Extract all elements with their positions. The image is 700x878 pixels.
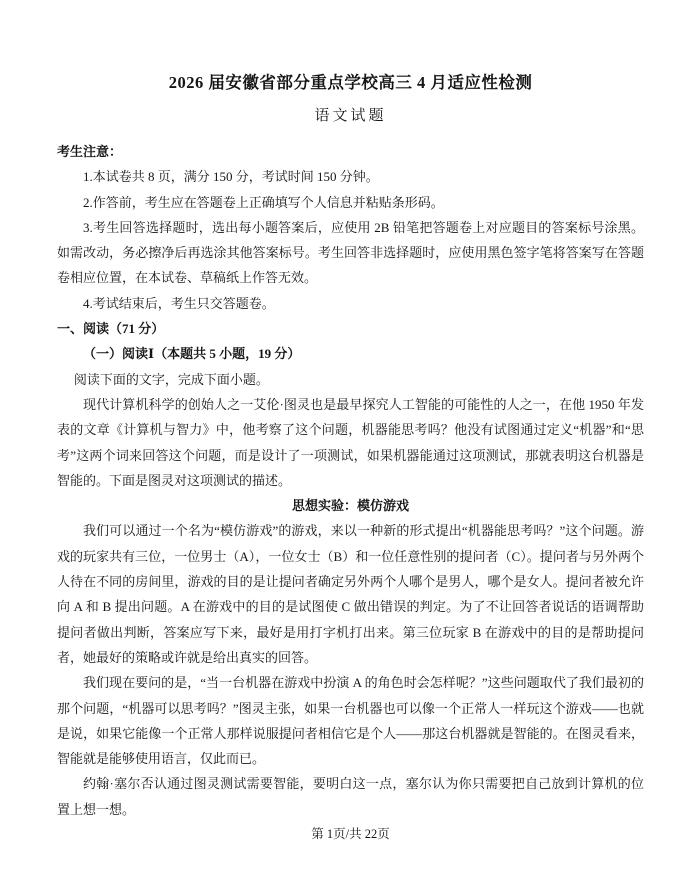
section-heading-reading: 一、阅读（71 分） — [57, 316, 644, 341]
passage-paragraph-3: 我们现在要问的是，“当一台机器在游戏中扮演 A 的角色时会怎样呢？”这些问题取代… — [57, 670, 644, 771]
subsection-heading-reading-1: （一）阅读Ⅰ（本题共 5 小题，19 分） — [57, 341, 644, 366]
reading-instruction: 阅读下面的文字，完成下面小题。 — [57, 367, 644, 392]
document-subtitle: 语文试题 — [57, 106, 644, 126]
passage-paragraph-2: 我们可以通过一个名为“模仿游戏”的游戏，来以一种新的形式提出“机器能思考吗？”这… — [57, 518, 644, 670]
notice-heading: 考生注意： — [57, 139, 644, 164]
notice-item-4: 4.考试结束后，考生只交答题卷。 — [57, 291, 644, 316]
notice-item-3: 3.考生回答选择题时，选出每小题答案后，应使用 2B 铅笔把答题卷上对应题目的答… — [57, 215, 644, 291]
notice-item-2: 2.作答前，考生应在答题卷上正确填写个人信息并粘贴条形码。 — [57, 190, 644, 215]
passage-paragraph-4: 约翰·塞尔否认通过图灵测试需要智能，要明白这一点，塞尔认为你只需要把自己放到计算… — [57, 771, 644, 822]
passage-paragraph-1: 现代计算机科学的创始人之一艾伦·图灵也是最早探究人工智能的可能性的人之一，在他 … — [57, 392, 644, 493]
experiment-title: 思想实验：模仿游戏 — [57, 493, 644, 518]
document-body: 考生注意： 1.本试卷共 8 页，满分 150 分，考试时间 150 分钟。 2… — [57, 139, 644, 847]
document-title: 2026 届安徽省部分重点学校高三 4 月适应性检测 — [57, 72, 644, 94]
exam-document-page: 2026 届安徽省部分重点学校高三 4 月适应性检测 语文试题 考生注意： 1.… — [0, 0, 700, 878]
notice-item-1: 1.本试卷共 8 页，满分 150 分，考试时间 150 分钟。 — [57, 164, 644, 189]
page-number-footer: 第 1页/共 22页 — [57, 822, 644, 847]
